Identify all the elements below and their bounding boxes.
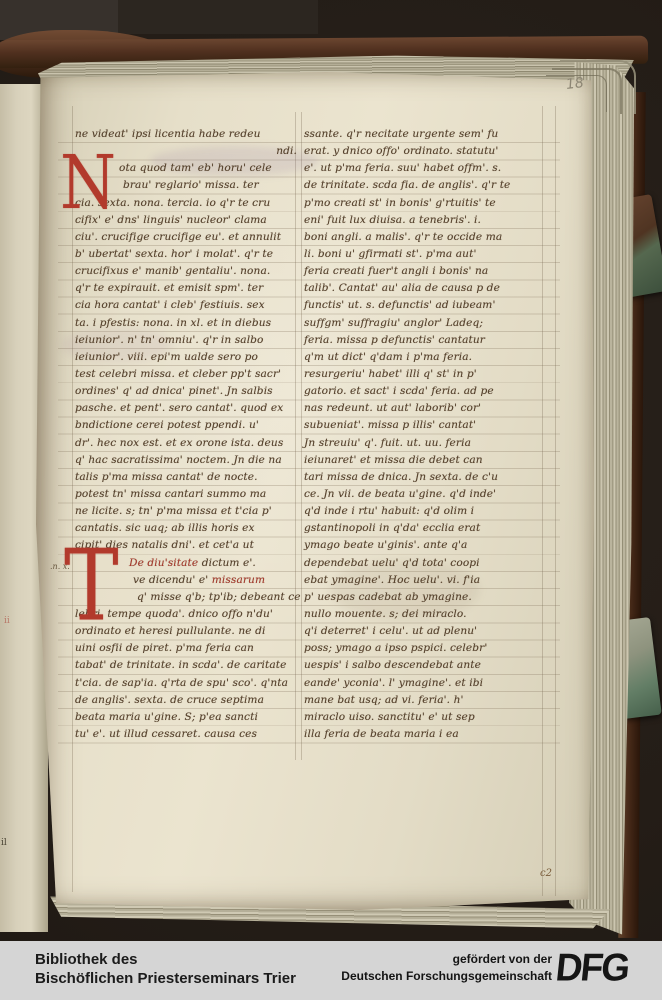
manuscript-line: crucifixus e' manib' gentaliu'. nona.: [75, 263, 297, 280]
manuscript-line: nas redeunt. ut aut' laborib' cor': [304, 400, 544, 417]
library-name-line2: Bischöflichen Priesterseminars Trier: [35, 969, 296, 988]
text-column-right: ssante. q'r necitate urgente sem' fuerat…: [304, 126, 544, 743]
manuscript-line: feria. missa p defunctis' cantatur: [304, 332, 544, 349]
manuscript-line: b' ubertat' sexta. hor' i molat'. q'r te: [75, 246, 297, 263]
rubric-text: missarum: [212, 574, 265, 586]
manuscript-line: cia hora cantat' i cleb' festiuis. sex: [75, 297, 297, 314]
manuscript-line: q'r te expirauit. et emisit spm'. ter: [75, 280, 297, 297]
manuscript-line: illa feria de beata maria i ea: [304, 726, 544, 743]
manuscript-line: resurgeriu' habet' illi q' st' in p': [304, 366, 544, 383]
ink-text: ve dicendu' e': [133, 574, 212, 586]
manuscript-line: suffgm' suffragiu' anglor' Ladeq;: [304, 315, 544, 332]
manuscript-photo: ne videat' ipsi licentia habe redeundi.o…: [0, 0, 662, 941]
vertical-ruling: [301, 112, 302, 760]
manuscript-line: t'cia. de sap'ia. q'rta de spu' sco'. q'…: [75, 675, 297, 692]
manuscript-line: ymago beate u'ginis'. ante q'a: [304, 537, 544, 554]
manuscript-line: dr'. hec nox est. et ex orone ista. deus: [75, 435, 297, 452]
quire-signature: c2: [540, 868, 552, 879]
library-name: Bibliothek des Bischöflichen Priestersem…: [35, 950, 296, 988]
manuscript-line: bndictione cerei potest ppendi. u': [75, 417, 297, 434]
manuscript-line: q'i deterret' i celu'. ut ad plenu': [304, 623, 544, 640]
manuscript-line: de trinitate. scda fia. de anglis'. q'r …: [304, 177, 544, 194]
manuscript-line: ebat ymagine'. Hoc uelu'. vi. f'ia: [304, 572, 544, 589]
manuscript-line: dependebat uelu' q'd tota' coopi: [304, 555, 544, 572]
funding-credit: gefördert von der Deutschen Forschungsge…: [341, 951, 552, 985]
manuscript-line: ta. i pfestis: nona. in xl. et in diebus: [75, 315, 297, 332]
manuscript-line: tari missa de dnica. Jn sexta. de c'u: [304, 469, 544, 486]
manuscript-line: uespis' i salbo descendebat ante: [304, 657, 544, 674]
rubric-text: De diu'sitate: [129, 557, 202, 569]
manuscript-line: eni' fuit lux diuisa. a tenebris'. i.: [304, 212, 544, 229]
manuscript-line: pasche. et pent'. sero cantat'. quod ex: [75, 400, 297, 417]
manuscript-line: ciu'. crucifige crucifige eu'. et annuli…: [75, 229, 297, 246]
manuscript-line: talis p'ma missa cantat' de nocte.: [75, 469, 297, 486]
manuscript-line: ne licite. s; tn' p'ma missa et t'cia p': [75, 503, 297, 520]
manuscript-line: ieiunior'. n' tn' omniu'. q'r in salbo: [75, 332, 297, 349]
manuscript-line: p' uespas cadebat ab ymagine.: [304, 589, 544, 606]
red-initial-t: T: [64, 538, 119, 636]
manuscript-line: talib'. Cantat' au' alia de causa p de: [304, 280, 544, 297]
manuscript-line: q'd inde i rtu' habuit: q'd olim i: [304, 503, 544, 520]
manuscript-line: de anglis'. sexta. de cruce septima: [75, 692, 297, 709]
manuscript-line: tu' e'. ut illud cessaret. causa ces: [75, 726, 297, 743]
library-name-line1: Bibliothek des: [35, 950, 296, 969]
manuscript-line: eande' yconia'. l' ymagine'. et ibi: [304, 675, 544, 692]
manuscript-line: feria creati fuer't angli i bonis' na: [304, 263, 544, 280]
manuscript-line: subueniat'. missa p illis' cantat': [304, 417, 544, 434]
manuscript-line: test celebri missa. et cleber pp't sacr': [75, 366, 297, 383]
manuscript-line: boni angli. a malis'. q'r te occide ma: [304, 229, 544, 246]
funding-line2: Deutschen Forschungsgemeinschaft: [341, 968, 552, 985]
footer-band: Bibliothek des Bischöflichen Priestersem…: [0, 941, 662, 1000]
manuscript-line: ordines' q' ad dnica' pinet'. Jn salbis: [75, 383, 297, 400]
manuscript-line: erat. y dnico offo' ordinato. statutu': [304, 143, 544, 160]
ink-text: dictum e'.: [202, 557, 256, 569]
funding-line1: gefördert von der: [341, 951, 552, 968]
manuscript-line: li. boni u' gfirmati st'. p'ma aut': [304, 246, 544, 263]
margin-red-mark: ii: [4, 616, 10, 626]
manuscript-line: tabat' de trinitate. in scda'. de carita…: [75, 657, 297, 674]
manuscript-line: ieiunaret' et missa die debet can: [304, 452, 544, 469]
facing-page-text-marks: il: [1, 838, 7, 848]
manuscript-line: ce. Jn vii. de beata u'gine. q'd inde': [304, 486, 544, 503]
margin-note: .n. x.: [50, 562, 70, 571]
manuscript-line: mane bat usq; ad vi. feria'. h': [304, 692, 544, 709]
manuscript-line: ieiunior'. viii. epi'm ualde sero po: [75, 349, 297, 366]
manuscript-line: q'm ut dict' q'dam i p'ma feria.: [304, 349, 544, 366]
vertical-ruling: [555, 106, 556, 896]
manuscript-line: p'mo creati st' in bonis' g'rtuitis' te: [304, 195, 544, 212]
manuscript-line: gatorio. et sact' i scda' feria. ad pe: [304, 383, 544, 400]
manuscript-line: gstantinopoli in q'da' ecclia erat: [304, 520, 544, 537]
manuscript-scan-page: { "photo": { "folio_number": "18", "quir…: [0, 0, 662, 1000]
manuscript-line: potest tn' missa cantari summo ma: [75, 486, 297, 503]
manuscript-line: beata maria u'gine. S; p'ea sancti: [75, 709, 297, 726]
manuscript-line: e'. ut p'ma feria. suu' habet offm'. s.: [304, 160, 544, 177]
manuscript-line: ssante. q'r necitate urgente sem' fu: [304, 126, 544, 143]
manuscript-line: Jn streuiu' q'. fuit. ut. uu. feria: [304, 435, 544, 452]
manuscript-line: functis' ut. s. defunctis' ad iubeam': [304, 297, 544, 314]
manuscript-line: poss; ymago a ipso pspici. celebr': [304, 640, 544, 657]
manuscript-line: miraclo uiso. sanctitu' e' ut sep: [304, 709, 544, 726]
background-patch-2: [118, 0, 318, 34]
red-initial-n: N: [60, 147, 116, 221]
manuscript-line: nullo mouente. s; dei miraclo.: [304, 606, 544, 623]
dfg-logo: DFG: [554, 946, 657, 990]
folio-number: 18: [565, 75, 585, 93]
manuscript-line: q' hac sacratissima' noctem. Jn die na: [75, 452, 297, 469]
